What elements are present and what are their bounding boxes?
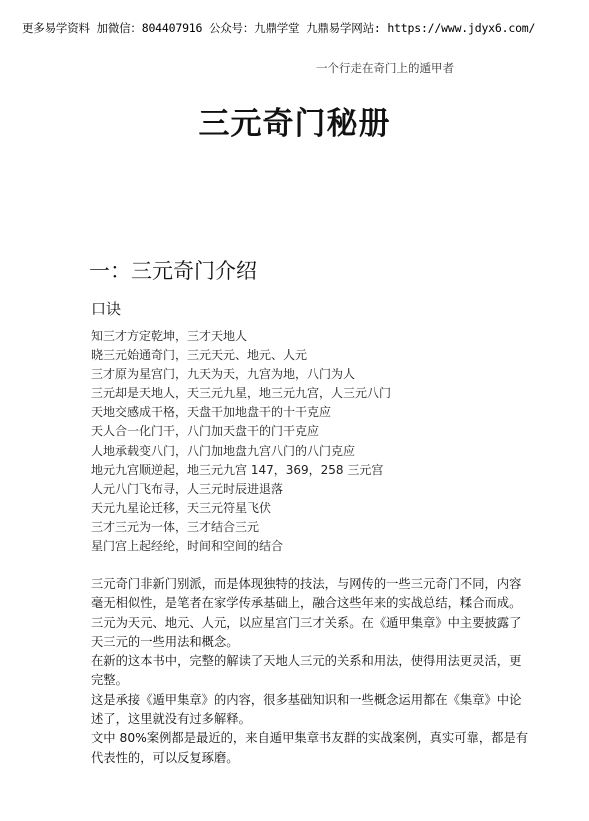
verse-line: 地元九宫顺逆起，地三元九宫 147，369，258 三元宫 xyxy=(91,461,391,480)
verse-line: 知三才方定乾坤，三才天地人 xyxy=(91,327,391,346)
verse-line: 人地承载变八门，八门加地盘九宫八门的八门克应 xyxy=(91,442,391,461)
subsection-heading: 口诀 xyxy=(91,298,121,319)
verse-line: 三元却是天地人，天三元九星，地三元九宫，人三元八门 xyxy=(91,384,391,403)
verse-line: 天人合一化门干，八门加天盘干的门干克应 xyxy=(91,422,391,441)
paragraph: 文中 80%案例都是最近的，来自遁甲集章书友群的实战案例，真实可靠，都是有代表性… xyxy=(91,729,531,768)
paragraph: 在新的这本书中，完整的解读了天地人三元的关系和用法，使得用法更灵活，更完整。 xyxy=(91,652,531,691)
section-heading: 一：三元奇门介绍 xyxy=(89,255,257,285)
paragraph: 三元奇门非新门别派，而是体现独特的技法，与网传的一些三元奇门不同，内容毫无相似性… xyxy=(91,575,531,614)
document-title: 三元奇门秘册 xyxy=(0,98,589,143)
author-byline: 一个行走在奇门上的遁甲者 xyxy=(316,60,454,76)
verse-line: 三才原为星宫门，九天为天，九宫为地，八门为人 xyxy=(91,365,391,384)
verse-line: 天地交感成干格，天盘干加地盘干的十干克应 xyxy=(91,403,391,422)
verse-line: 星门宫上起经纶，时间和空间的结合 xyxy=(91,537,391,556)
verse-line: 三才三元为一体，三才结合三元 xyxy=(91,518,391,537)
promo-header: 更多易学资料 加微信：804407916 公众号：九鼎学堂 九鼎易学网站: ht… xyxy=(22,20,582,36)
verse-line: 天元九星论迁移，天三元符星飞伏 xyxy=(91,499,391,518)
verse-line: 晓三元始通奇门，三元天元、地元、人元 xyxy=(91,346,391,365)
paragraph: 这是承接《遁甲集章》的内容，很多基础知识和一些概念运用都在《集章》中论述了，这里… xyxy=(91,691,531,730)
verse-line: 人元八门飞布寻，人三元时辰进退落 xyxy=(91,480,391,499)
body-text: 三元奇门非新门别派，而是体现独特的技法，与网传的一些三元奇门不同，内容毫无相似性… xyxy=(91,575,531,768)
paragraph: 三元为天元、地元、人元，以应星宫门三才关系。在《遁甲集章》中主要披露了天三元的一… xyxy=(91,614,531,653)
verse-list: 知三才方定乾坤，三才天地人 晓三元始通奇门，三元天元、地元、人元 三才原为星宫门… xyxy=(91,327,391,556)
